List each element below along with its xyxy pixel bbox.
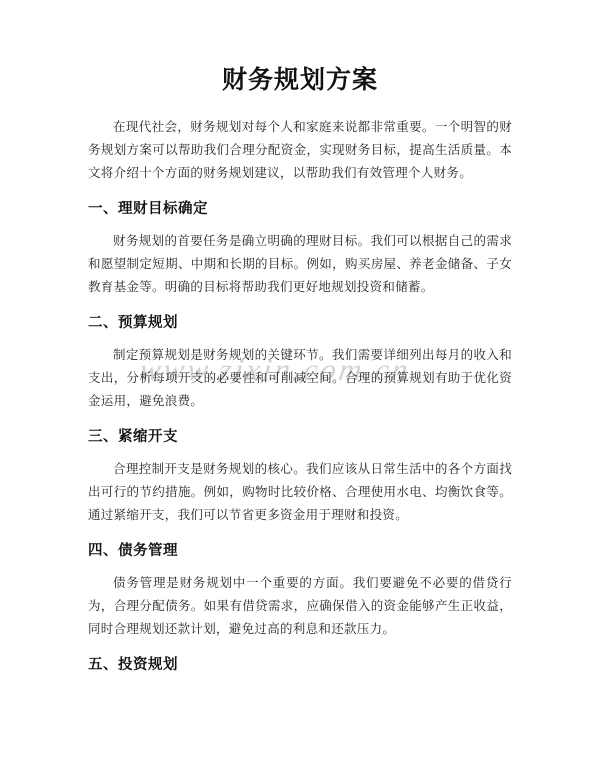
section-body: 制定预算规划是财务规划的关键环节。我们需要详细列出每月的收入和支出，分析每项开支…: [88, 344, 512, 413]
section-debt-management: 四、债务管理 债务管理是财务规划中一个重要的方面。我们要避免不必要的借贷行为，合…: [88, 540, 512, 641]
page-title: 财务规划方案: [88, 62, 512, 98]
section-body: 债务管理是财务规划中一个重要的方面。我们要避免不必要的借贷行为，合理分配债务。如…: [88, 572, 512, 641]
document-content: 财务规划方案 在现代社会，财务规划对每个人和家庭来说都非常重要。一个明智的财务规…: [0, 0, 600, 676]
section-budget-planning: 二、预算规划 制定预算规划是财务规划的关键环节。我们需要详细列出每月的收入和支出…: [88, 312, 512, 413]
document-page: www.zixin.com.cn 财务规划方案 在现代社会，财务规划对每个人和家…: [0, 0, 600, 776]
intro-paragraph: 在现代社会，财务规划对每个人和家庭来说都非常重要。一个明智的财务规划方案可以帮助…: [88, 116, 512, 185]
section-investment-planning: 五、投资规划: [88, 654, 512, 676]
section-heading: 一、理财目标确定: [88, 198, 512, 220]
section-heading: 三、紧缩开支: [88, 426, 512, 448]
section-heading: 四、债务管理: [88, 540, 512, 562]
section-heading: 五、投资规划: [88, 654, 512, 676]
section-cut-expenses: 三、紧缩开支 合理控制开支是财务规划的核心。我们应该从日常生活中的各个方面找出可…: [88, 426, 512, 527]
section-heading: 二、预算规划: [88, 312, 512, 334]
section-financial-goals: 一、理财目标确定 财务规划的首要任务是确立明确的理财目标。我们可以根据自己的需求…: [88, 198, 512, 299]
section-body: 合理控制开支是财务规划的核心。我们应该从日常生活中的各个方面找出可行的节约措施。…: [88, 458, 512, 527]
section-body: 财务规划的首要任务是确立明确的理财目标。我们可以根据自己的需求和愿望制定短期、中…: [88, 230, 512, 299]
